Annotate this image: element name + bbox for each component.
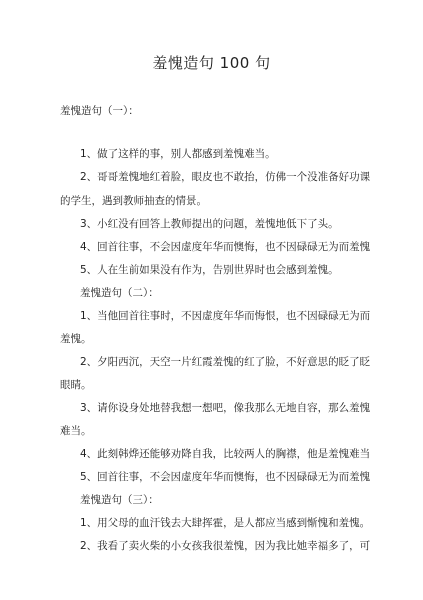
sentence-line: 1、用父母的血汗钱去大肆挥霍，是人都应当感到惭愧和羞愧。 — [80, 515, 370, 530]
sentence-line: 羞愧。 — [60, 331, 92, 346]
sentence-line: 2、我看了卖火柴的小女孩我很羞愧，因为我比她幸福多了，可 — [80, 538, 370, 553]
sentence-line: 3、小红没有回答上教师提出的问题，羞愧地低下了头。 — [80, 216, 339, 231]
sentence-line: 眼睛。 — [60, 377, 92, 392]
sentence-line: 1、当他回首往事时，不因虚度年华而悔恨，也不因碌碌无为而 — [80, 308, 370, 323]
sentence-line: 难当。 — [60, 423, 92, 438]
sentence-line: 2、夕阳西沉，天空一片红霞羞愧的红了脸，不好意思的眨了眨 — [80, 354, 370, 369]
section-heading: 羞愧造句（一）： — [60, 103, 139, 118]
section-heading: 羞愧造句（二）： — [80, 285, 159, 300]
section-heading: 羞愧造句（三）： — [80, 492, 159, 507]
sentence-line: 5、人在生前如果没有作为，告别世界时也会感到羞愧。 — [80, 262, 339, 277]
sentence-line: 3、请你设身处地替我想一想吧，像我那么无地自容，那么羞愧 — [80, 400, 370, 415]
document-title: 羞愧造句 100 句 — [0, 52, 423, 73]
sentence-line: 5、回首往事，不会因虚度年华而懊悔，也不因碌碌无为而羞愧 — [80, 469, 370, 484]
sentence-line: 2、哥哥羞愧地红着脸，眼皮也不敢抬，仿佛一个没准备好功课 — [80, 169, 370, 184]
sentence-line: 1、做了这样的事，别人都感到羞愧难当。 — [80, 146, 276, 161]
sentence-line: 4、回首往事，不会因虚度年华而懊悔，也不因碌碌无为而羞愧 — [80, 239, 370, 254]
sentence-line: 4、此刻韩烨还能够劝降自我，比较两人的胸襟，他是羞愧难当 — [80, 446, 370, 461]
sentence-line: 的学生，遇到教师抽查的情景。 — [60, 193, 207, 208]
